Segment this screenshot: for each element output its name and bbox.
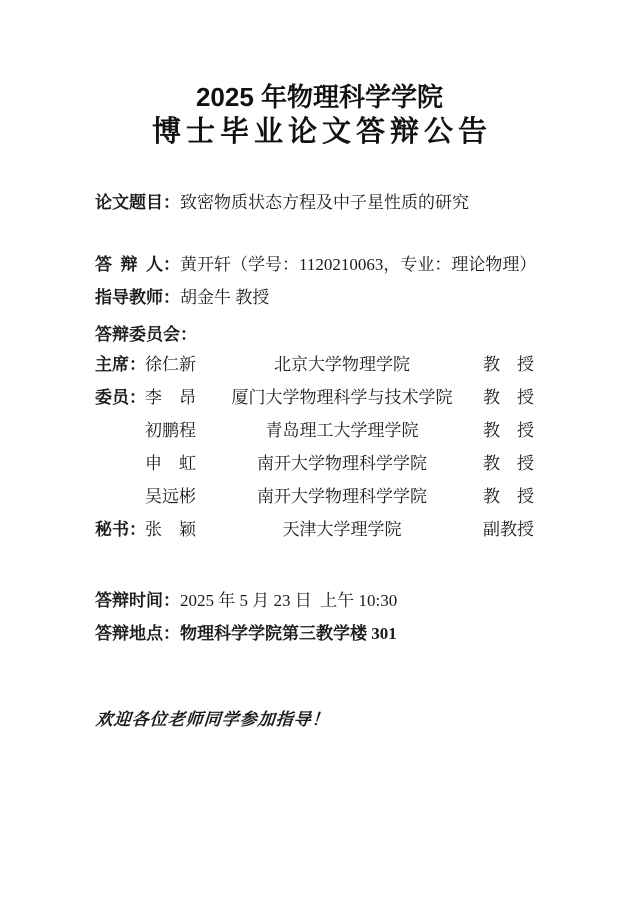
committee-table: 主席： 徐仁新 北京大学物理学院 教 授 委员： 李 昂 厦门大学物理科学与技术… — [95, 348, 535, 546]
committee-heading-label: 答辩委员会： — [95, 325, 197, 344]
committee-member-affiliation: 南开大学物理科学学院 — [201, 453, 483, 475]
committee-member-affiliation: 天津大学理学院 — [201, 519, 483, 541]
supervisor-value: 胡金牛 教授 — [180, 288, 269, 307]
thesis-title-value: 致密物质状态方程及中子星性质的研究 — [180, 193, 469, 212]
committee-member-affiliation: 南开大学物理科学学院 — [201, 486, 483, 508]
welcome-message: 欢迎各位老师同学参加指导！ — [95, 709, 557, 731]
defense-time-line: 答辩时间：2025 年 5 月 23 日 上午 10:30 — [95, 590, 555, 612]
defense-time-label: 答辩时间： — [95, 591, 180, 610]
committee-member-title: 教 授 — [483, 354, 535, 376]
committee-member-name: 初鹏程 — [145, 420, 201, 442]
candidate-label: 答 辩 人： — [95, 255, 180, 274]
committee-member-title: 教 授 — [483, 486, 535, 508]
committee-member-title: 教 授 — [483, 453, 535, 475]
thesis-title-label: 论文题目： — [95, 193, 180, 212]
supervisor-line: 指导教师：胡金牛 教授 — [95, 287, 555, 309]
committee-member-title: 教 授 — [483, 387, 535, 409]
defense-place-value: 物理科学学院第三教学楼 301 — [180, 624, 397, 643]
committee-member-affiliation: 厦门大学物理科学与技术学院 — [201, 387, 483, 409]
committee-row-member: 初鹏程 青岛理工大学理学院 教 授 — [95, 414, 535, 447]
committee-member-affiliation: 北京大学物理学院 — [201, 354, 483, 376]
committee-row-chair: 主席： 徐仁新 北京大学物理学院 教 授 — [95, 348, 535, 381]
candidate-value: 黄开轩（学号：1120210063，专业：理论物理） — [180, 255, 536, 274]
candidate-line: 答 辩 人：黄开轩（学号：1120210063，专业：理论物理） — [95, 254, 555, 276]
defense-place-label: 答辩地点： — [95, 624, 180, 643]
committee-member-name: 徐仁新 — [145, 354, 201, 376]
committee-heading: 答辩委员会： — [95, 324, 555, 346]
committee-member-affiliation: 青岛理工大学理学院 — [201, 420, 483, 442]
defense-time-value: 2025 年 5 月 23 日 上午 10:30 — [180, 591, 397, 610]
committee-member-name: 吴远彬 — [145, 486, 201, 508]
thesis-title-line: 论文题目：致密物质状态方程及中子星性质的研究 — [95, 192, 555, 214]
defense-place-line: 答辩地点：物理科学学院第三教学楼 301 — [95, 623, 555, 645]
committee-row-member: 委员： 李 昂 厦门大学物理科学与技术学院 教 授 — [95, 381, 535, 414]
committee-member-title: 教 授 — [483, 420, 535, 442]
committee-member-name: 申 虹 — [145, 453, 201, 475]
page-title-announcement: 博士毕业论文答辩公告 — [0, 114, 639, 150]
committee-role: 委员： — [95, 387, 145, 409]
committee-member-title: 副教授 — [483, 519, 535, 541]
supervisor-label: 指导教师： — [95, 288, 180, 307]
page-title-year-college: 2025 年物理科学学院 — [0, 82, 639, 112]
committee-member-name: 张 颖 — [145, 519, 201, 541]
committee-role: 主席： — [95, 354, 145, 376]
committee-role: 秘书： — [95, 519, 145, 541]
committee-row-member: 申 虹 南开大学物理科学学院 教 授 — [95, 447, 535, 480]
committee-row-secretary: 秘书： 张 颖 天津大学理学院 副教授 — [95, 513, 535, 546]
committee-member-name: 李 昂 — [145, 387, 201, 409]
committee-row-member: 吴远彬 南开大学物理科学学院 教 授 — [95, 480, 535, 513]
